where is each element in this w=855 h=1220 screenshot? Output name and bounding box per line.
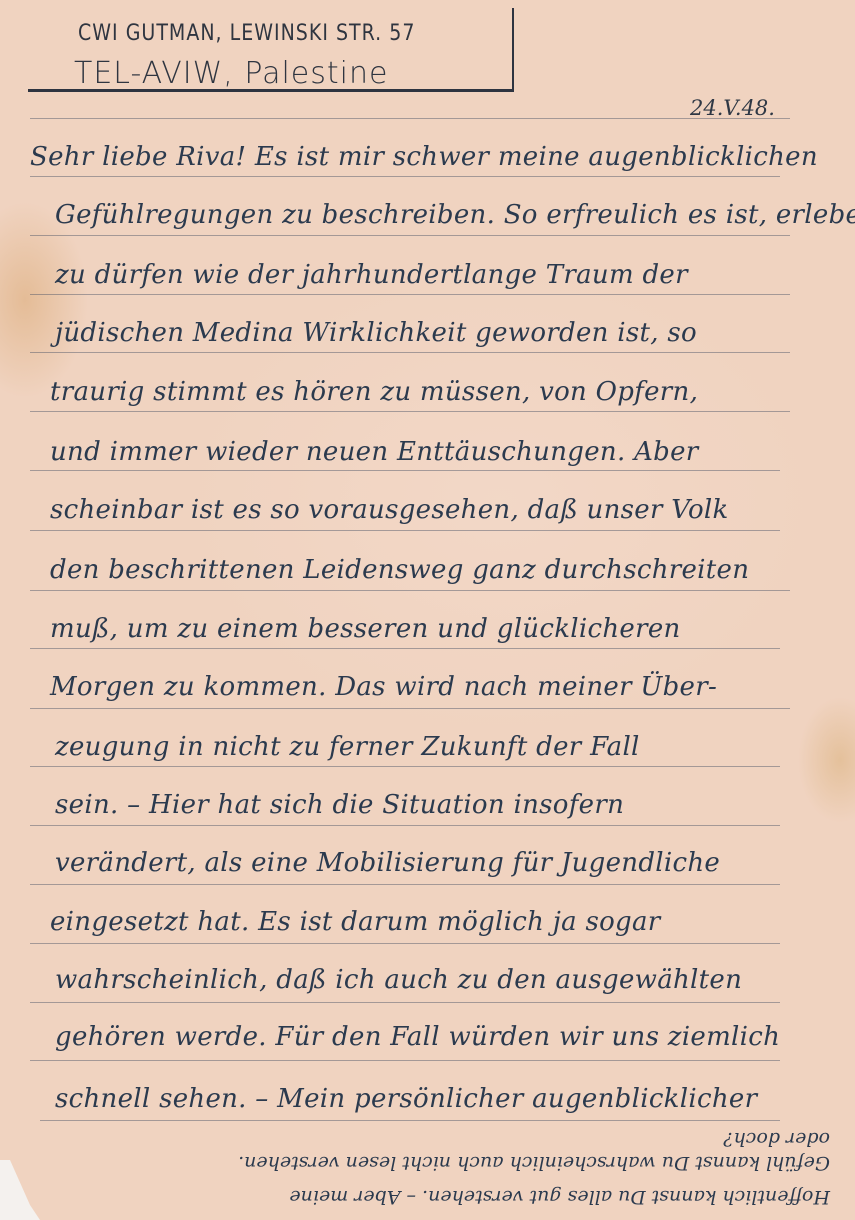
handwritten-line: traurig stimmt es hören zu müssen, von O… bbox=[50, 377, 698, 407]
sender-name-street: CWI GUTMAN, LEWINSKI STR. 57 bbox=[78, 20, 415, 45]
ruled-line bbox=[30, 884, 780, 885]
ruled-line bbox=[30, 766, 780, 767]
ruled-line bbox=[30, 352, 790, 353]
handwritten-line: scheinbar ist es so vorausgesehen, daß u… bbox=[50, 495, 729, 525]
ruled-line bbox=[30, 825, 780, 826]
ruled-line bbox=[30, 411, 790, 412]
handwritten-line: Morgen zu kommen. Das wird nach meiner Ü… bbox=[50, 672, 717, 702]
ruled-line bbox=[30, 943, 780, 944]
ruled-line bbox=[30, 176, 780, 177]
upside-down-postscript: Hoffentlich kannst Du alles gut verstehe… bbox=[60, 1122, 840, 1212]
ruled-line bbox=[30, 1060, 780, 1061]
sender-city-country: TEL-AVIW, Palestine bbox=[74, 56, 388, 91]
handwritten-line: jüdischen Medina Wirklichkeit geworden i… bbox=[55, 318, 697, 348]
letter-date: 24.V.48. bbox=[690, 96, 775, 120]
postscript-line: Gefühl kannst Du wahrscheinlich auch nic… bbox=[238, 1152, 830, 1174]
ruled-line bbox=[30, 294, 790, 295]
handwritten-line: sein. – Hier hat sich die Situation inso… bbox=[55, 790, 624, 820]
handwritten-line: eingesetzt hat. Es ist darum möglich ja … bbox=[50, 907, 661, 937]
handwritten-line: gehören werde. Für den Fall würden wir u… bbox=[55, 1022, 780, 1052]
postscript-line: oder doch? bbox=[723, 1128, 830, 1150]
handwritten-line: zu dürfen wie der jahrhundertlange Traum… bbox=[55, 260, 688, 290]
handwritten-line: verändert, als eine Mobilisierung für Ju… bbox=[55, 848, 720, 878]
ruled-line bbox=[30, 118, 790, 119]
postscript-line: Hoffentlich kannst Du alles gut verstehe… bbox=[289, 1186, 830, 1208]
handwritten-line: schnell sehen. – Mein persönlicher augen… bbox=[55, 1084, 757, 1114]
handwritten-line: den beschrittenen Leidensweg ganz durchs… bbox=[50, 555, 749, 585]
sender-address-box: CWI GUTMAN, LEWINSKI STR. 57 TEL-AVIW, P… bbox=[28, 8, 514, 92]
ruled-line bbox=[40, 1120, 780, 1121]
ruled-line bbox=[30, 708, 790, 709]
handwritten-line: muß, um zu einem besseren und glückliche… bbox=[50, 614, 681, 644]
ruled-line bbox=[30, 1002, 780, 1003]
handwritten-line: und immer wieder neuen Enttäuschungen. A… bbox=[50, 437, 699, 467]
ruled-line bbox=[30, 470, 780, 471]
handwritten-line: Gefühlregungen zu beschreiben. So erfreu… bbox=[55, 200, 855, 230]
handwritten-line: Sehr liebe Riva! Es ist mir schwer meine… bbox=[30, 142, 818, 172]
ruled-line bbox=[30, 590, 790, 591]
ruled-line bbox=[30, 648, 780, 649]
letter-paper: CWI GUTMAN, LEWINSKI STR. 57 TEL-AVIW, P… bbox=[0, 0, 855, 1220]
handwritten-line: zeugung in nicht zu ferner Zukunft der F… bbox=[55, 732, 640, 762]
ruled-line bbox=[30, 235, 790, 236]
ruled-line bbox=[30, 530, 780, 531]
handwritten-line: wahrscheinlich, daß ich auch zu den ausg… bbox=[55, 965, 742, 995]
